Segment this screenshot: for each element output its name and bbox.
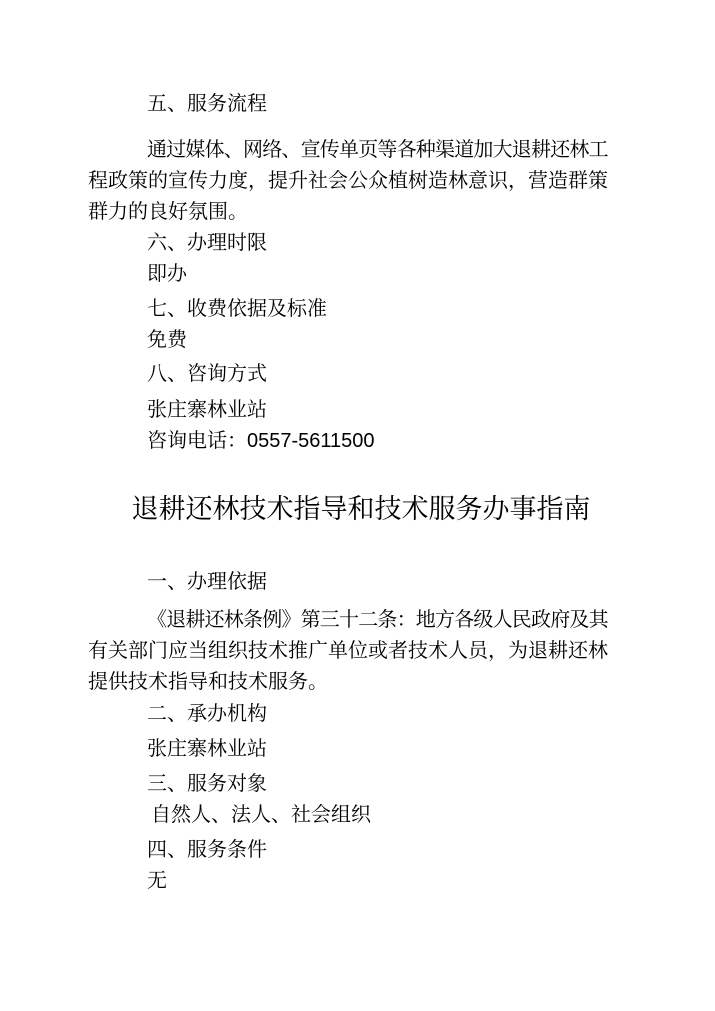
document-page: 五、服务流程 通过媒体、网络、宣传单页等各种渠道加大退耕还林工 程政策的宣传力度… <box>0 0 715 1011</box>
para-service-process-line-2: 程政策的宣传力度，提升社会公众植树造林意识，营造群策 <box>88 166 610 197</box>
para-basis-line-3: 提供技术指导和技术服务。 <box>88 667 610 698</box>
heading-consultation: 八、咨询方式 <box>88 359 610 390</box>
para-agency: 张庄寨林业站 <box>88 734 610 765</box>
para-service-process: 通过媒体、网络、宣传单页等各种渠道加大退耕还林工 程政策的宣传力度，提升社会公众… <box>88 135 610 228</box>
para-consultation-phone: 咨询电话：0557-5611500 <box>88 426 610 457</box>
para-service-process-line-1: 通过媒体、网络、宣传单页等各种渠道加大退耕还林工 <box>88 135 610 166</box>
heading-basis: 一、办理依据 <box>88 567 610 598</box>
para-basis-line-2: 有关部门应当组织技术推广单位或者技术人员，为退耕还林 <box>88 636 610 667</box>
para-fee: 免费 <box>88 325 610 356</box>
heading-service-condition: 四、服务条件 <box>88 835 610 866</box>
para-basis-line-1: 《退耕还林条例》第三十二条：地方各级人民政府及其 <box>88 605 610 636</box>
heading-service-target: 三、服务对象 <box>88 769 610 800</box>
para-service-process-line-3: 群力的良好氛围。 <box>88 197 610 228</box>
heading-time-limit: 六、办理时限 <box>88 228 610 259</box>
para-basis: 《退耕还林条例》第三十二条：地方各级人民政府及其 有关部门应当组织技术推广单位或… <box>88 605 610 698</box>
heading-fee-basis: 七、收费依据及标准 <box>88 294 610 325</box>
document-content: 五、服务流程 通过媒体、网络、宣传单页等各种渠道加大退耕还林工 程政策的宣传力度… <box>0 0 715 897</box>
para-service-condition: 无 <box>88 866 610 897</box>
para-time-limit: 即办 <box>88 259 610 290</box>
para-consultation-org: 张庄寨林业站 <box>88 395 610 426</box>
heading-agency: 二、承办机构 <box>88 699 610 730</box>
heading-service-process: 五、服务流程 <box>88 89 610 120</box>
document-title: 退耕还林技术指导和技术服务办事指南 <box>112 489 610 529</box>
para-service-target: 自然人、法人、社会组织 <box>88 800 610 831</box>
